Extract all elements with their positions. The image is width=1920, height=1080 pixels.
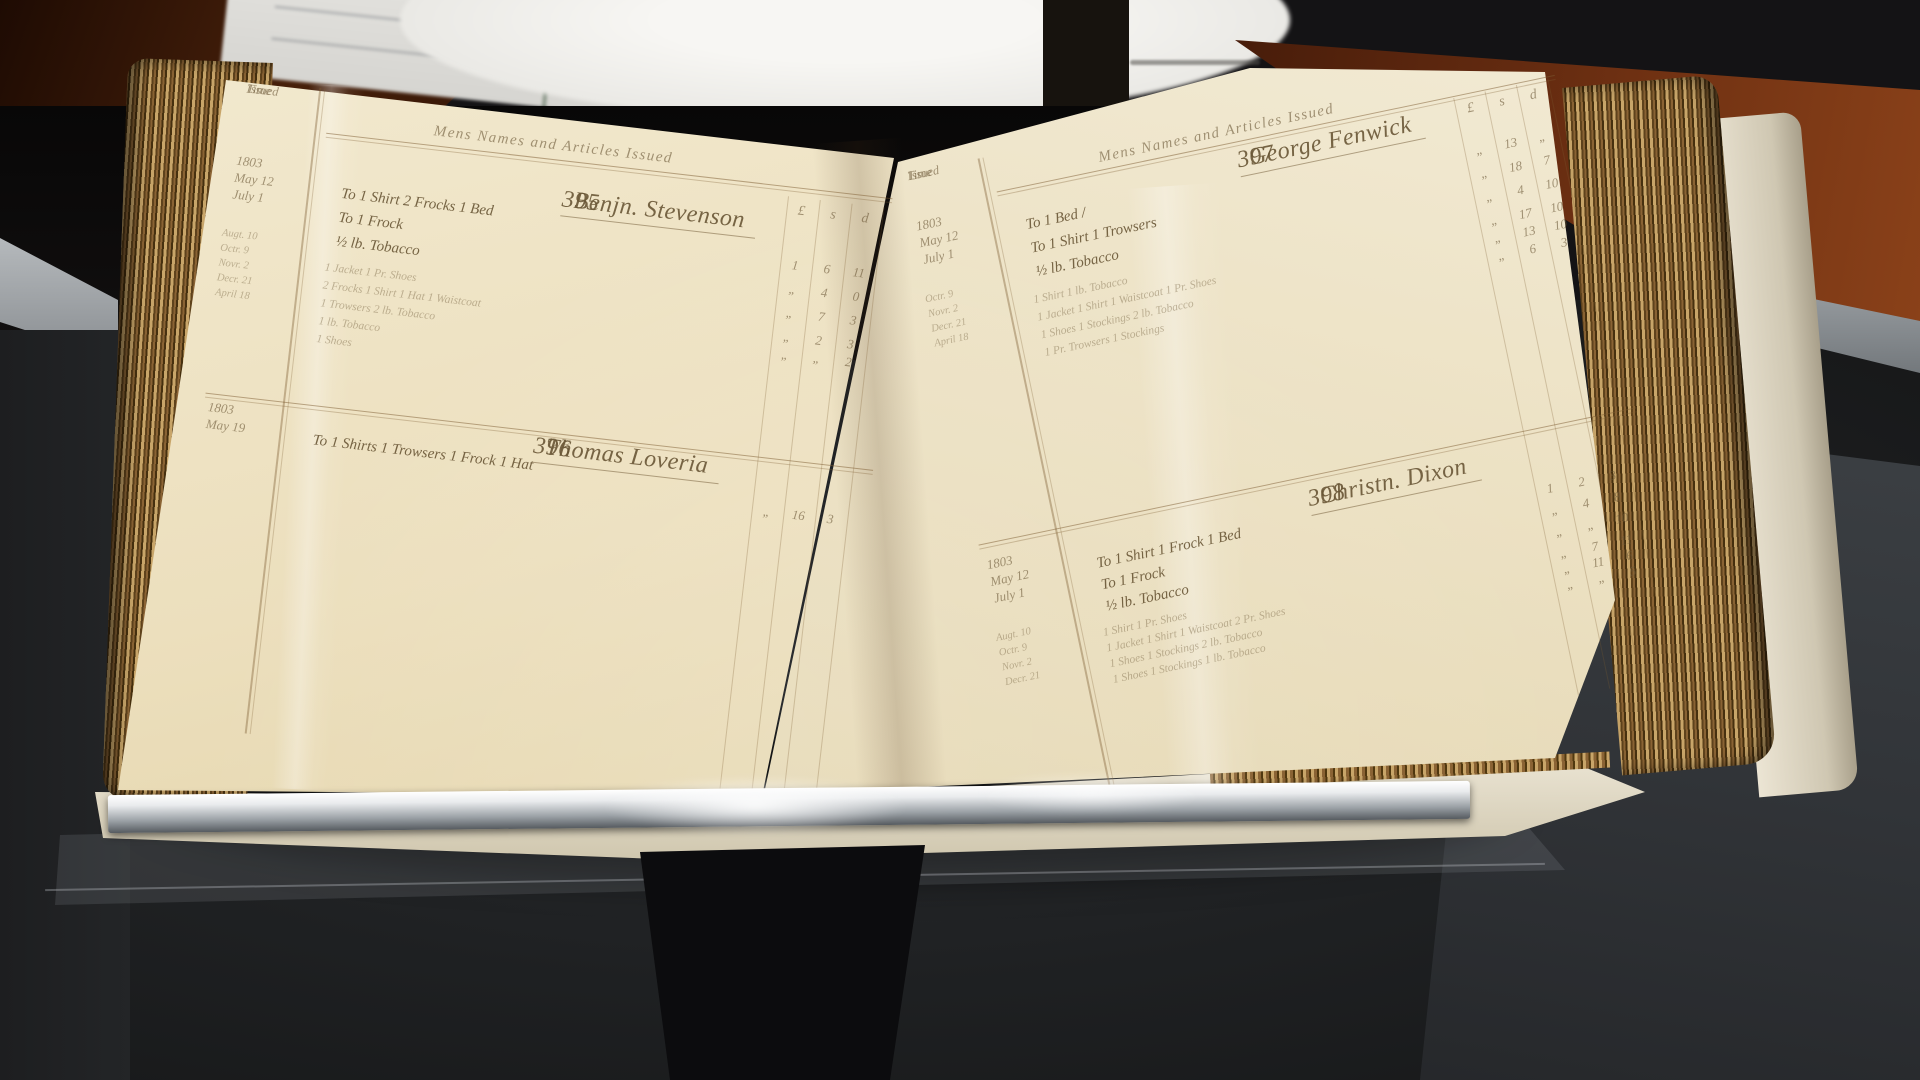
amount-cell: 7 <box>1531 149 1564 171</box>
entry-line-text: To 1 Shirt 1 Frock 1 Bed <box>1095 526 1243 573</box>
amount-cell: 6 <box>1516 238 1549 260</box>
shillings-column-header: s <box>817 206 849 225</box>
entry-name: Benjn. Stevenson <box>560 186 758 238</box>
entry-line-text: 1 Shoes <box>316 333 353 349</box>
blurred-marking <box>1130 60 1260 65</box>
museum-photo-of-ledger: Time Issued Mens Names and Articles Issu… <box>0 0 1920 1080</box>
time-header-line2: Issued <box>246 81 279 99</box>
dark-post <box>1043 0 1129 112</box>
amount-cell: „ <box>1543 521 1576 543</box>
entry-line-text: ½ lb. Tobacco <box>335 234 421 261</box>
entry-line-text: To 1 Shirts 1 Trowsers 1 Frock 1 Hat <box>312 432 534 474</box>
amount-cell: „ <box>1526 126 1559 148</box>
amount-cell: 13 <box>1494 132 1527 154</box>
amount-cell: 2 <box>803 331 835 350</box>
amount-cell: 1 <box>779 256 811 275</box>
entry-suffix: D/F <box>547 434 571 452</box>
amount-cell: „ <box>1485 245 1518 267</box>
amount-cell: 8 <box>1601 486 1634 508</box>
amount-cell: 3 <box>1596 465 1629 487</box>
amount-cell: 4 <box>1504 179 1537 201</box>
entry-line: 1 Trowsers 2 lb. Tobacco <box>320 309 761 360</box>
amount-cell: „ <box>1538 499 1571 521</box>
amount-cell: „ <box>774 304 806 323</box>
entry-line: 1 lb. Tobacco <box>318 327 759 378</box>
pence-column-header: d <box>849 210 881 229</box>
amount-cell: 4 <box>808 283 840 302</box>
amount-cell: 10 <box>1605 508 1638 530</box>
stand-pedestal <box>630 845 930 1080</box>
amount-cell: 10 <box>1536 173 1569 195</box>
amount-cell: 4 <box>1570 493 1603 515</box>
entry-line: 1 Shoes 1 Stockings 1 lb. Tobacco <box>1114 595 1549 686</box>
amount-cell: 3 <box>1548 232 1581 254</box>
left-page-content: Time Issued Mens Names and Articles Issu… <box>178 96 907 808</box>
amount-cell: 16 <box>783 506 815 525</box>
amount-cell: „ <box>769 345 801 364</box>
amount-cell: 3 <box>835 335 867 354</box>
amount-cell: „ <box>751 502 783 521</box>
entry-title: 398Christn. Dixon <box>1090 442 1521 532</box>
amount-cell: „ <box>1473 186 1506 208</box>
entry-line: 1 Jacket 1 Shirt 1 Waistcoat 2 Pr. Shoes <box>1108 564 1543 655</box>
amount-cell: 0 <box>840 287 872 306</box>
amount-cell: 6 <box>811 260 843 279</box>
shillings-column-header: s <box>1486 91 1519 113</box>
entry-line: 1 Shoes <box>316 345 757 396</box>
amount-cell: „ <box>771 327 803 346</box>
pence-column-header: d <box>1517 85 1550 107</box>
amount-cell: 11 <box>843 263 875 282</box>
amount-cell: 18 <box>1499 156 1532 178</box>
amount-cell: „ <box>1463 139 1496 161</box>
section-divider <box>979 407 1638 549</box>
amount-cell: 3 <box>837 311 869 330</box>
pounds-column-header: £ <box>785 202 817 221</box>
amount-cell: „ <box>801 349 833 368</box>
amount-cell: „ <box>777 280 809 299</box>
amount-cell: 2 <box>1565 471 1598 493</box>
light-glare <box>975 772 1205 814</box>
entry-line: To 1 Shirt 1 Trowsers <box>1033 168 1460 257</box>
amount-cell: 3 <box>814 510 846 529</box>
amount-cell: 7 <box>806 307 838 326</box>
pounds-column-header: £ <box>1454 98 1487 120</box>
entry-line-text: To 1 Frock <box>338 210 404 234</box>
right-page-content: Time Issued Mens Names and Articles Issu… <box>915 47 1692 808</box>
amount-cell: 1 <box>1534 478 1567 500</box>
amount-cell: 2 <box>833 353 865 372</box>
light-glare <box>600 776 910 834</box>
amount-cell: „ <box>1468 163 1501 185</box>
amount-cell: „ <box>1574 514 1607 536</box>
entry-line-text: 1 lb. Tobacco <box>318 315 381 334</box>
